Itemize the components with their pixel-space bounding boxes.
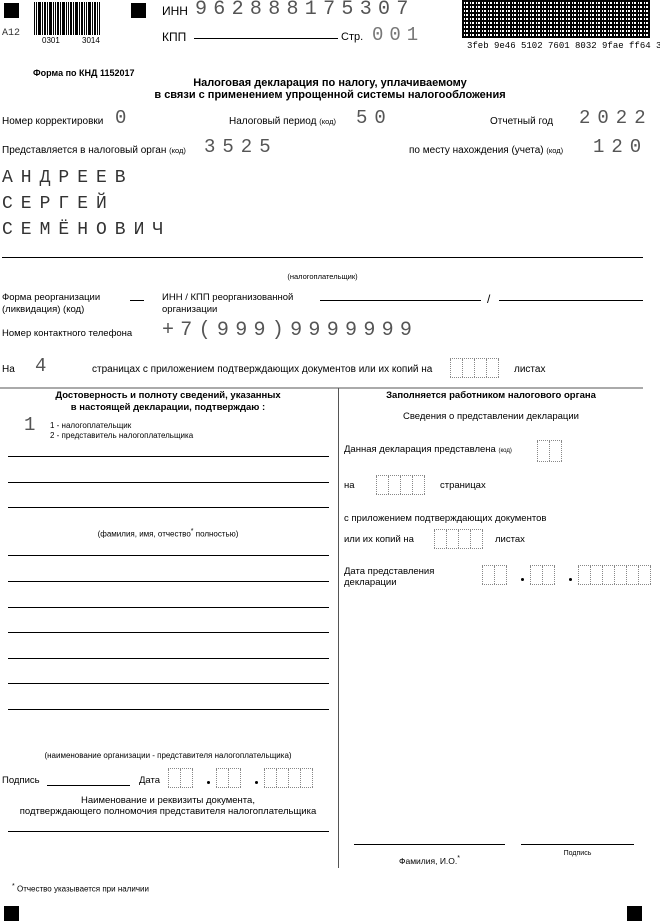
date-day-field[interactable]	[168, 768, 193, 788]
fio-line[interactable]	[8, 456, 329, 457]
presented-label: Данная декларация представлена (код)	[344, 444, 512, 455]
barcode-digits-right: 3014	[82, 36, 100, 45]
column-divider	[338, 388, 339, 868]
fio-line[interactable]	[8, 507, 329, 508]
date-month-field[interactable]	[216, 768, 241, 788]
corner-marker	[627, 906, 642, 921]
authority-signature-field[interactable]	[521, 844, 634, 845]
authority-sheets-field[interactable]	[434, 529, 483, 549]
submission-date-label-line2: декларации	[344, 577, 397, 588]
date-separator	[207, 781, 210, 784]
confirmation-title-line1: Достоверность и полноту сведений, указан…	[0, 390, 336, 401]
kpp-field[interactable]	[194, 38, 338, 39]
fio-caption-post: полностью)	[196, 530, 239, 539]
form-title-line1: Налоговая декларация по налогу, уплачива…	[100, 77, 560, 89]
org-line[interactable]	[8, 709, 329, 710]
phone-value[interactable]: +7(999)9999999	[162, 319, 418, 342]
reorg-form-label-line2: (ликвидация) (код)	[2, 304, 84, 315]
2d-barcode-text: 3feb 9e46 5102 7601 8032 9fae ff64 310d	[467, 41, 660, 51]
attachments-line2: или их копий на	[344, 534, 414, 545]
reorg-inn-kpp-label-line2: организации	[162, 304, 217, 315]
correction-value[interactable]: 0	[115, 107, 133, 129]
org-line[interactable]	[8, 555, 329, 556]
fio-caption-pre: (фамилия, имя, отчество	[98, 530, 191, 539]
location-label-text: по месту нахождения (учета)	[409, 145, 544, 156]
authority-fio-star: *	[457, 855, 460, 862]
pages-suffix: листах	[514, 364, 545, 375]
location-value[interactable]: 120	[593, 136, 648, 158]
attachments-line1: с приложением подтверждающих документов	[344, 513, 546, 524]
confirmation-title-line2: в настоящей декларации, подтверждаю :	[0, 402, 336, 413]
submission-date-day[interactable]	[482, 565, 507, 585]
reorg-form-label-line1: Форма реорганизации	[2, 292, 100, 303]
date-separator	[521, 578, 524, 581]
phone-label: Номер контактного телефона	[2, 328, 132, 339]
period-code-label: (код)	[319, 117, 336, 126]
tax-authority-label: Представляется в налоговый орган (код)	[2, 145, 186, 156]
sheets-count-field[interactable]	[450, 358, 499, 378]
taxpayer-first-name[interactable]: СЕРГЕЙ	[2, 194, 115, 214]
footnote: * Отчество указывается при наличии	[12, 883, 149, 894]
fio-line[interactable]	[8, 482, 329, 483]
location-code-label: (код)	[546, 146, 563, 155]
year-label: Отчетный год	[490, 116, 553, 127]
taxpayer-patronymic[interactable]: СЕМЁНОВИЧ	[2, 220, 171, 240]
reorg-inn-kpp-label-line1: ИНН / КПП реорганизованной	[162, 292, 293, 303]
reorg-form-field[interactable]	[130, 300, 144, 301]
taxpayer-caption: (налогоплательщик)	[200, 272, 445, 281]
org-line[interactable]	[8, 607, 329, 608]
fio-caption-star: *	[191, 528, 194, 535]
date-separator	[569, 578, 572, 581]
period-value[interactable]: 50	[356, 107, 393, 129]
footnote-star: *	[12, 883, 15, 890]
authority-fio-caption: Фамилия, И.О.*	[354, 855, 505, 866]
date-year-field[interactable]	[264, 768, 313, 788]
authority-fio-caption-text: Фамилия, И.О.	[399, 856, 457, 866]
kpp-label: КПП	[162, 30, 186, 44]
period-label: Налоговый период (код)	[229, 116, 336, 127]
reorg-inn-field[interactable]	[320, 300, 481, 301]
fio-caption: (фамилия, имя, отчество* полностью)	[0, 528, 336, 539]
signer-option-2: 2 - представитель налогоплательщика	[50, 431, 193, 440]
authority-signature-caption: Подпись	[521, 850, 634, 857]
date-label: Дата	[139, 775, 160, 786]
form-code: A12	[2, 28, 20, 39]
doc-caption-line2: подтверждающего полномочия представителя…	[0, 806, 336, 817]
submission-date-month[interactable]	[530, 565, 555, 585]
corner-marker	[4, 906, 19, 921]
org-line[interactable]	[8, 581, 329, 582]
org-line[interactable]	[8, 658, 329, 659]
pages-middle-text: страницах с приложением подтверждающих д…	[92, 364, 432, 375]
pages-prefix: На	[2, 364, 15, 375]
authority-subtitle: Сведения о представлении декларации	[339, 411, 643, 422]
submission-date-year[interactable]	[578, 565, 651, 585]
presented-code-label: (код)	[498, 448, 511, 454]
section-divider	[0, 387, 643, 389]
signer-value[interactable]: 1	[24, 414, 42, 436]
doc-caption-line1: Наименование и реквизиты документа,	[0, 795, 336, 806]
period-label-text: Налоговый период	[229, 116, 316, 127]
org-caption: (наименование организации - представител…	[0, 751, 336, 760]
2d-barcode	[462, 0, 650, 38]
tax-authority-value[interactable]: 3525	[204, 136, 278, 158]
authority-title: Заполняется работником налогового органа	[339, 390, 643, 401]
correction-label: Номер корректировки	[2, 116, 103, 127]
taxpayer-underline	[2, 257, 643, 258]
submission-date-label-line1: Дата представления	[344, 566, 434, 577]
location-label: по месту нахождения (учета) (код)	[409, 145, 563, 156]
date-separator	[255, 781, 258, 784]
footnote-text: Отчество указывается при наличии	[17, 885, 149, 894]
reorg-kpp-field[interactable]	[499, 300, 643, 301]
tax-authority-code-label: (код)	[169, 146, 186, 155]
org-line[interactable]	[8, 683, 329, 684]
taxpayer-last-name[interactable]: АНДРЕЕВ	[2, 168, 134, 188]
presented-code-field[interactable]	[537, 440, 562, 462]
year-value[interactable]: 2022	[579, 107, 653, 129]
inn-value[interactable]: 962888175307	[195, 0, 415, 21]
presented-label-text: Данная декларация представлена	[344, 444, 496, 455]
page-label: Стр.	[341, 31, 363, 43]
pages-count[interactable]: 4	[35, 355, 53, 377]
corner-marker	[131, 3, 146, 18]
authority-fio-field[interactable]	[354, 844, 505, 845]
barcode	[34, 2, 101, 35]
reorg-separator: /	[487, 292, 490, 306]
doc-line[interactable]	[8, 831, 329, 832]
sheets-label: листах	[495, 534, 525, 545]
signer-option-1: 1 - налогоплательщик	[50, 421, 131, 430]
form-title-line2: в связи с применением упрощенной системы…	[100, 89, 560, 101]
signature-label: Подпись	[2, 775, 40, 786]
signature-field[interactable]	[47, 785, 130, 786]
inn-label: ИНН	[162, 4, 188, 18]
page-value: 001	[372, 24, 424, 46]
on-label: на	[344, 480, 355, 491]
org-line[interactable]	[8, 632, 329, 633]
barcode-digits-left: 0301	[42, 36, 60, 45]
tax-authority-label-text: Представляется в налоговый орган	[2, 145, 166, 156]
corner-marker	[4, 3, 19, 18]
authority-pages-field[interactable]	[376, 475, 425, 495]
pages-label: страницах	[440, 480, 486, 491]
